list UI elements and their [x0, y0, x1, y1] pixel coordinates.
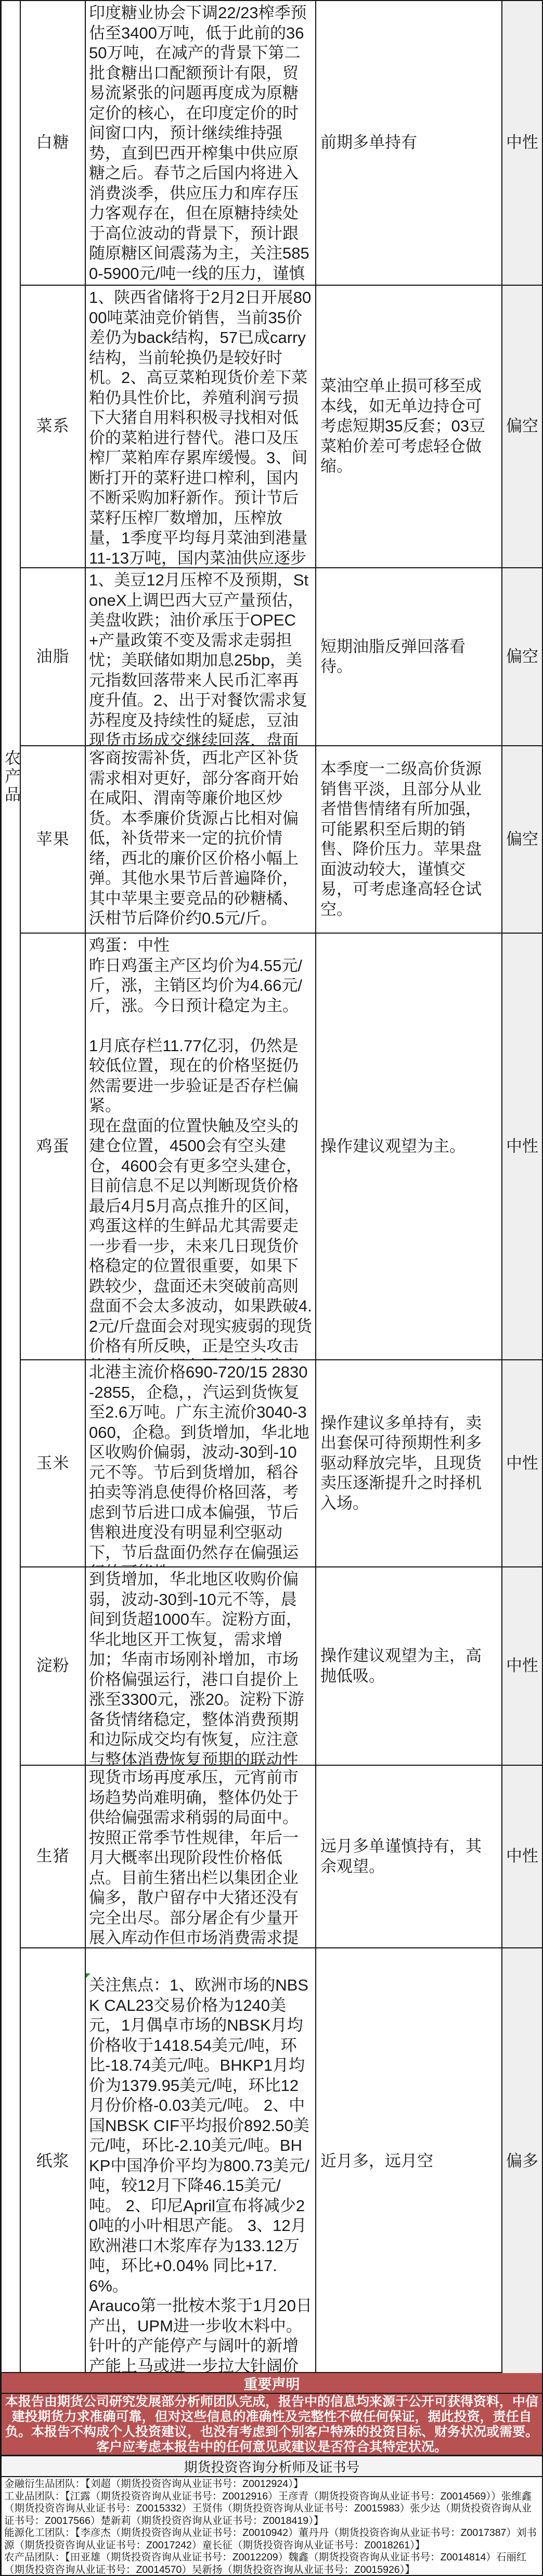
analysis-text: 鸡蛋：中性 昨日鸡蛋主产区均价为4.55元/斤，涨，主销区均价为4.66元/斤，… [85, 934, 315, 1359]
rating-badge: 中性 [501, 1360, 542, 1566]
team-financial-derivatives: 金融衍生品团队：【刘超（期货投资咨询从业证书号：Z0012924）】 [4, 2478, 539, 2491]
rating-badge: 偏空 [501, 286, 542, 567]
analysis-text: 印度糖业协会下调22/23榨季预估至3400万吨，低于此前的3650万吨，在减产… [85, 1, 315, 285]
important-statement-title: 重要声明 [0, 2373, 543, 2394]
strategy-text: 菜油空单止损可移至成本线，如无单边持仓可考虑短期35反套；03豆菜粕价差可考虑轻… [315, 286, 501, 567]
strategy-text: 远月多单谨慎持有，其余观望。 [315, 1766, 501, 1947]
rating-badge: 偏空 [501, 746, 542, 933]
table-row-oils: 油脂 1、美豆12月压榨不及预期，StoneX上调巴西大豆产量预估，美盘收跌；油… [20, 567, 542, 745]
commodity-name: 苹果 [20, 746, 85, 933]
analysis-text: 1、美豆12月压榨不及预期，StoneX上调巴西大豆产量预估，美盘收跌；油价承压… [85, 568, 315, 745]
table-row-hog: 生猪 现货市场再度承压，元宵前市场趋势尚难明确，整体仍处于供给偏强需求稍弱的局面… [20, 1765, 542, 1947]
table-row-pulp: 纸浆 关注焦点：1、欧洲市场的NBSK CAL23交易价格为1240美元，1月偶… [20, 1947, 542, 2374]
analysis-text: 1、陕西省储将于2月2日开展8000吨菜油竞价销售，当前35价差仍为back结构… [85, 286, 315, 567]
rating-badge: 中性 [501, 1567, 542, 1765]
analysis-text: 北港主流价格690-720/15 2830-2855，企稳，，汽运到货恢复至2.… [85, 1360, 315, 1566]
cell-corner-marker [86, 1973, 90, 1978]
commodity-name: 菜系 [20, 286, 85, 567]
table-row-apple: 苹果 客商按需补货，西北产区补货需求相对更好，部分客商开始在咸阳、渭南等廉价地区… [20, 745, 542, 933]
commodity-analysis-table: 农产品 白糖 印度糖业协会下调22/23榨季预估至3400万吨，低于此前的365… [0, 0, 543, 2373]
commodity-name: 生猪 [20, 1766, 85, 1947]
rating-badge: 偏多 [501, 1948, 542, 2374]
analysis-text-content: 关注焦点：1、欧洲市场的NBSK CAL23交易价格为1240美元，1月偶卓市场… [89, 1976, 312, 2374]
team-agricultural-products: 农产品团队：【田亚雄（期货投资咨询从业证书号：Z0012209）魏鑫（期货投资咨… [4, 2552, 539, 2576]
strategy-text: 操作建议观望为主，高抛低吸。 [315, 1567, 501, 1765]
commodity-name: 纸浆 [20, 1948, 85, 2374]
analysis-text: 到货增加，华北地区收购价偏弱，波动-30到-10元不等，晨间到货超1000车。淀… [85, 1567, 315, 1765]
analysis-text: 关注焦点：1、欧洲市场的NBSK CAL23交易价格为1240美元，1月偶卓市场… [85, 1948, 315, 2374]
category-label: 农产品 [2, 749, 20, 804]
category-column: 农产品 [2, 1, 20, 2372]
strategy-text: 前期多单持有 [315, 1, 501, 285]
table-row-starch: 淀粉 到货增加，华北地区收购价偏弱，波动-30到-10元不等，晨间到货超1000… [20, 1566, 542, 1765]
rating-badge: 中性 [501, 934, 542, 1359]
analysis-text: 现货市场再度承压，元宵前市场趋势尚难明确，整体仍处于供给偏强需求稍弱的局面中。按… [85, 1766, 315, 1947]
strategy-text: 本季度一二级高价货源销售平淡，且部分从业者惜售情绪有所加强，可能累积至后期的销售… [315, 746, 501, 933]
commodity-name: 玉米 [20, 1360, 85, 1566]
commodity-name: 鸡蛋 [20, 934, 85, 1359]
rating-badge: 中性 [501, 1766, 542, 1947]
strategy-text: 短期油脂反弹回落看待。 [315, 568, 501, 745]
analyst-credentials: 金融衍生品团队：【刘超（期货投资咨询从业证书号：Z0012924）】 工业品团队… [0, 2477, 543, 2576]
table-row-corn: 玉米 北港主流价格690-720/15 2830-2855，企稳，，汽运到货恢复… [20, 1359, 542, 1566]
table-rows: 白糖 印度糖业协会下调22/23榨季预估至3400万吨，低于此前的3650万吨，… [20, 1, 542, 2372]
team-industrial-products: 工业品团队：【江露（期货投资咨询从业证书号：Z0012916）王彦青（期货投资咨… [4, 2491, 539, 2528]
table-row-sugar: 白糖 印度糖业协会下调22/23榨季预估至3400万吨，低于此前的3650万吨，… [20, 1, 542, 285]
important-statement-body: 本报告由期货公司研究发展部分析师团队完成，报告中的信息均来源于公开可获得资料，中… [0, 2394, 543, 2456]
futures-daily-report: 农产品 白糖 印度糖业协会下调22/23榨季预估至3400万吨，低于此前的365… [0, 0, 543, 2576]
rating-badge: 中性 [501, 1, 542, 285]
strategy-text: 操作建议多单持有，卖出套保可待预期性利多驱动释放完毕，且现货卖压逐渐提升之时择机… [315, 1360, 501, 1566]
rating-badge: 偏空 [501, 568, 542, 745]
strategy-text: 近月多，远月空 [315, 1948, 501, 2374]
commodity-name: 淀粉 [20, 1567, 85, 1765]
table-row-egg: 鸡蛋 鸡蛋：中性 昨日鸡蛋主产区均价为4.55元/斤，涨，主销区均价为4.66元… [20, 933, 542, 1359]
commodity-name: 白糖 [20, 1, 85, 285]
strategy-text: 操作建议观望为主。 [315, 934, 501, 1359]
credentials-title: 期货投资咨询分析师及证书号 [0, 2456, 543, 2477]
analysis-text: 客商按需补货，西北产区补货需求相对更好，部分客商开始在咸阳、渭南等廉价地区炒货。… [85, 746, 315, 933]
table-row-rapeseed: 菜系 1、陕西省储将于2月2日开展8000吨菜油竞价销售，当前35价差仍为bac… [20, 285, 542, 567]
commodity-name: 油脂 [20, 568, 85, 745]
team-energy-chemicals: 能源化工团队：【李彦杰（期货投资咨询从业证书号：Z0010942）董丹丹（期货投… [4, 2527, 539, 2552]
